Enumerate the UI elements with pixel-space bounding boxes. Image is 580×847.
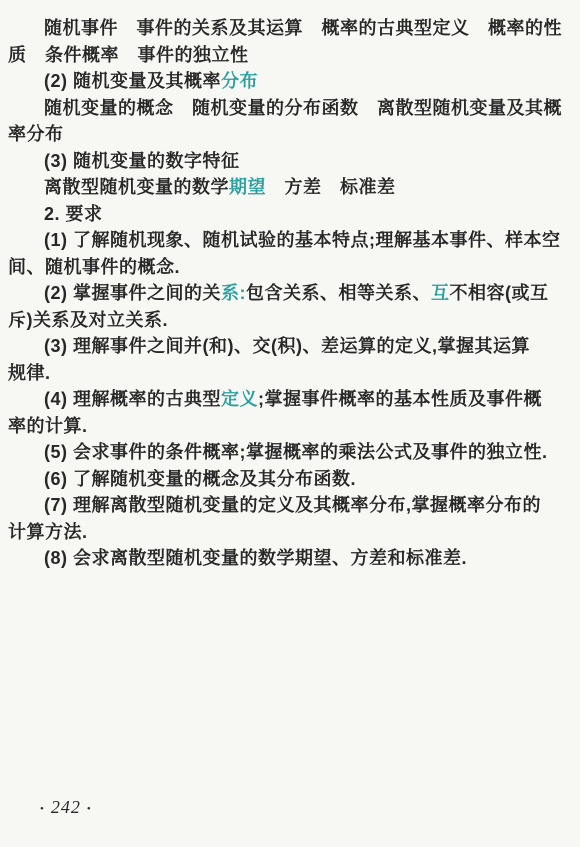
text-line: 间、随机事件的概念. <box>8 254 574 281</box>
accent-text-segment: 系: <box>221 283 246 303</box>
text-segment: 随机事件 事件的关系及其运算 概率的古典型定义 概率的性 <box>44 18 562 38</box>
text-segment: (2) 随机变量及其概率 <box>44 71 221 91</box>
page-number: •242• <box>34 797 98 818</box>
text-segment: (3) 随机变量的数字特征 <box>44 151 240 171</box>
text-segment: (6) 了解随机变量的概念及其分布函数. <box>44 469 356 489</box>
text-segment: 规律. <box>8 363 51 383</box>
text-line: (3) 理解事件之间并(和)、交(积)、差运算的定义,掌握其运算 <box>8 333 574 360</box>
text-segment: 方差 标准差 <box>266 177 396 197</box>
text-segment: 随机变量的概念 随机变量的分布函数 离散型随机变量及其概 <box>44 98 562 118</box>
left-dot: • <box>34 803 51 815</box>
text-segment: 斥)关系及对立关系. <box>8 310 168 330</box>
text-segment: 间、随机事件的概念. <box>8 257 180 277</box>
text-segment: ;掌握事件概率的基本性质及事件概 <box>258 389 542 409</box>
text-segment: 质 条件概率 事件的独立性 <box>8 45 249 65</box>
text-line: 随机变量的概念 随机变量的分布函数 离散型随机变量及其概 <box>8 95 574 122</box>
text-segment: 2. 要求 <box>44 204 103 224</box>
text-line: 计算方法. <box>8 519 574 546</box>
text-segment: 不相容(或互 <box>450 283 549 303</box>
text-segment: 率的计算. <box>8 416 88 436</box>
text-line: (8) 会求离散型随机变量的数学期望、方差和标准差. <box>8 545 574 572</box>
text-line: (3) 随机变量的数字特征 <box>8 148 574 175</box>
text-line: (5) 会求事件的条件概率;掌握概率的乘法公式及事件的独立性. <box>8 439 574 466</box>
text-lines: 随机事件 事件的关系及其运算 概率的古典型定义 概率的性质 条件概率 事件的独立… <box>0 0 580 572</box>
text-segment: 计算方法. <box>8 522 88 542</box>
text-line: (7) 理解离散型随机变量的定义及其概率分布,掌握概率分布的 <box>8 492 574 519</box>
accent-text-segment: 互 <box>431 283 450 303</box>
text-line: 离散型随机变量的数学期望 方差 标准差 <box>8 174 574 201</box>
right-dot: • <box>81 803 98 815</box>
text-segment: (4) 理解概率的古典型 <box>44 389 221 409</box>
text-line: (2) 掌握事件之间的关系:包含关系、相等关系、互不相容(或互 <box>8 280 574 307</box>
text-line: (2) 随机变量及其概率分布 <box>8 68 574 95</box>
accent-text-segment: 定义 <box>221 389 258 409</box>
text-segment: (7) 理解离散型随机变量的定义及其概率分布,掌握概率分布的 <box>44 495 541 515</box>
text-line: 规律. <box>8 360 574 387</box>
scanned-document-page: 随机事件 事件的关系及其运算 概率的古典型定义 概率的性质 条件概率 事件的独立… <box>0 0 580 847</box>
text-line: (4) 理解概率的古典型定义;掌握事件概率的基本性质及事件概 <box>8 386 574 413</box>
text-line: 随机事件 事件的关系及其运算 概率的古典型定义 概率的性 <box>8 15 574 42</box>
text-segment: (2) 掌握事件之间的关 <box>44 283 221 303</box>
page-number-value: 242 <box>51 797 81 817</box>
accent-text-segment: 期望 <box>229 177 266 197</box>
text-segment: 率分布 <box>8 124 64 144</box>
text-line: (6) 了解随机变量的概念及其分布函数. <box>8 466 574 493</box>
text-segment: (3) 理解事件之间并(和)、交(积)、差运算的定义,掌握其运算 <box>44 336 530 356</box>
text-line: 质 条件概率 事件的独立性 <box>8 42 574 69</box>
text-segment: (8) 会求离散型随机变量的数学期望、方差和标准差. <box>44 548 467 568</box>
text-segment: (5) 会求事件的条件概率;掌握概率的乘法公式及事件的独立性. <box>44 442 548 462</box>
text-segment: 包含关系、相等关系、 <box>246 283 431 303</box>
text-line: (1) 了解随机现象、随机试验的基本特点;理解基本事件、样本空 <box>8 227 574 254</box>
text-line: 斥)关系及对立关系. <box>8 307 574 334</box>
text-line: 2. 要求 <box>8 201 574 228</box>
text-line: 率分布 <box>8 121 574 148</box>
accent-text-segment: 分布 <box>221 71 258 91</box>
text-line: 率的计算. <box>8 413 574 440</box>
text-segment: (1) 了解随机现象、随机试验的基本特点;理解基本事件、样本空 <box>44 230 561 250</box>
text-segment: 离散型随机变量的数学 <box>44 177 229 197</box>
